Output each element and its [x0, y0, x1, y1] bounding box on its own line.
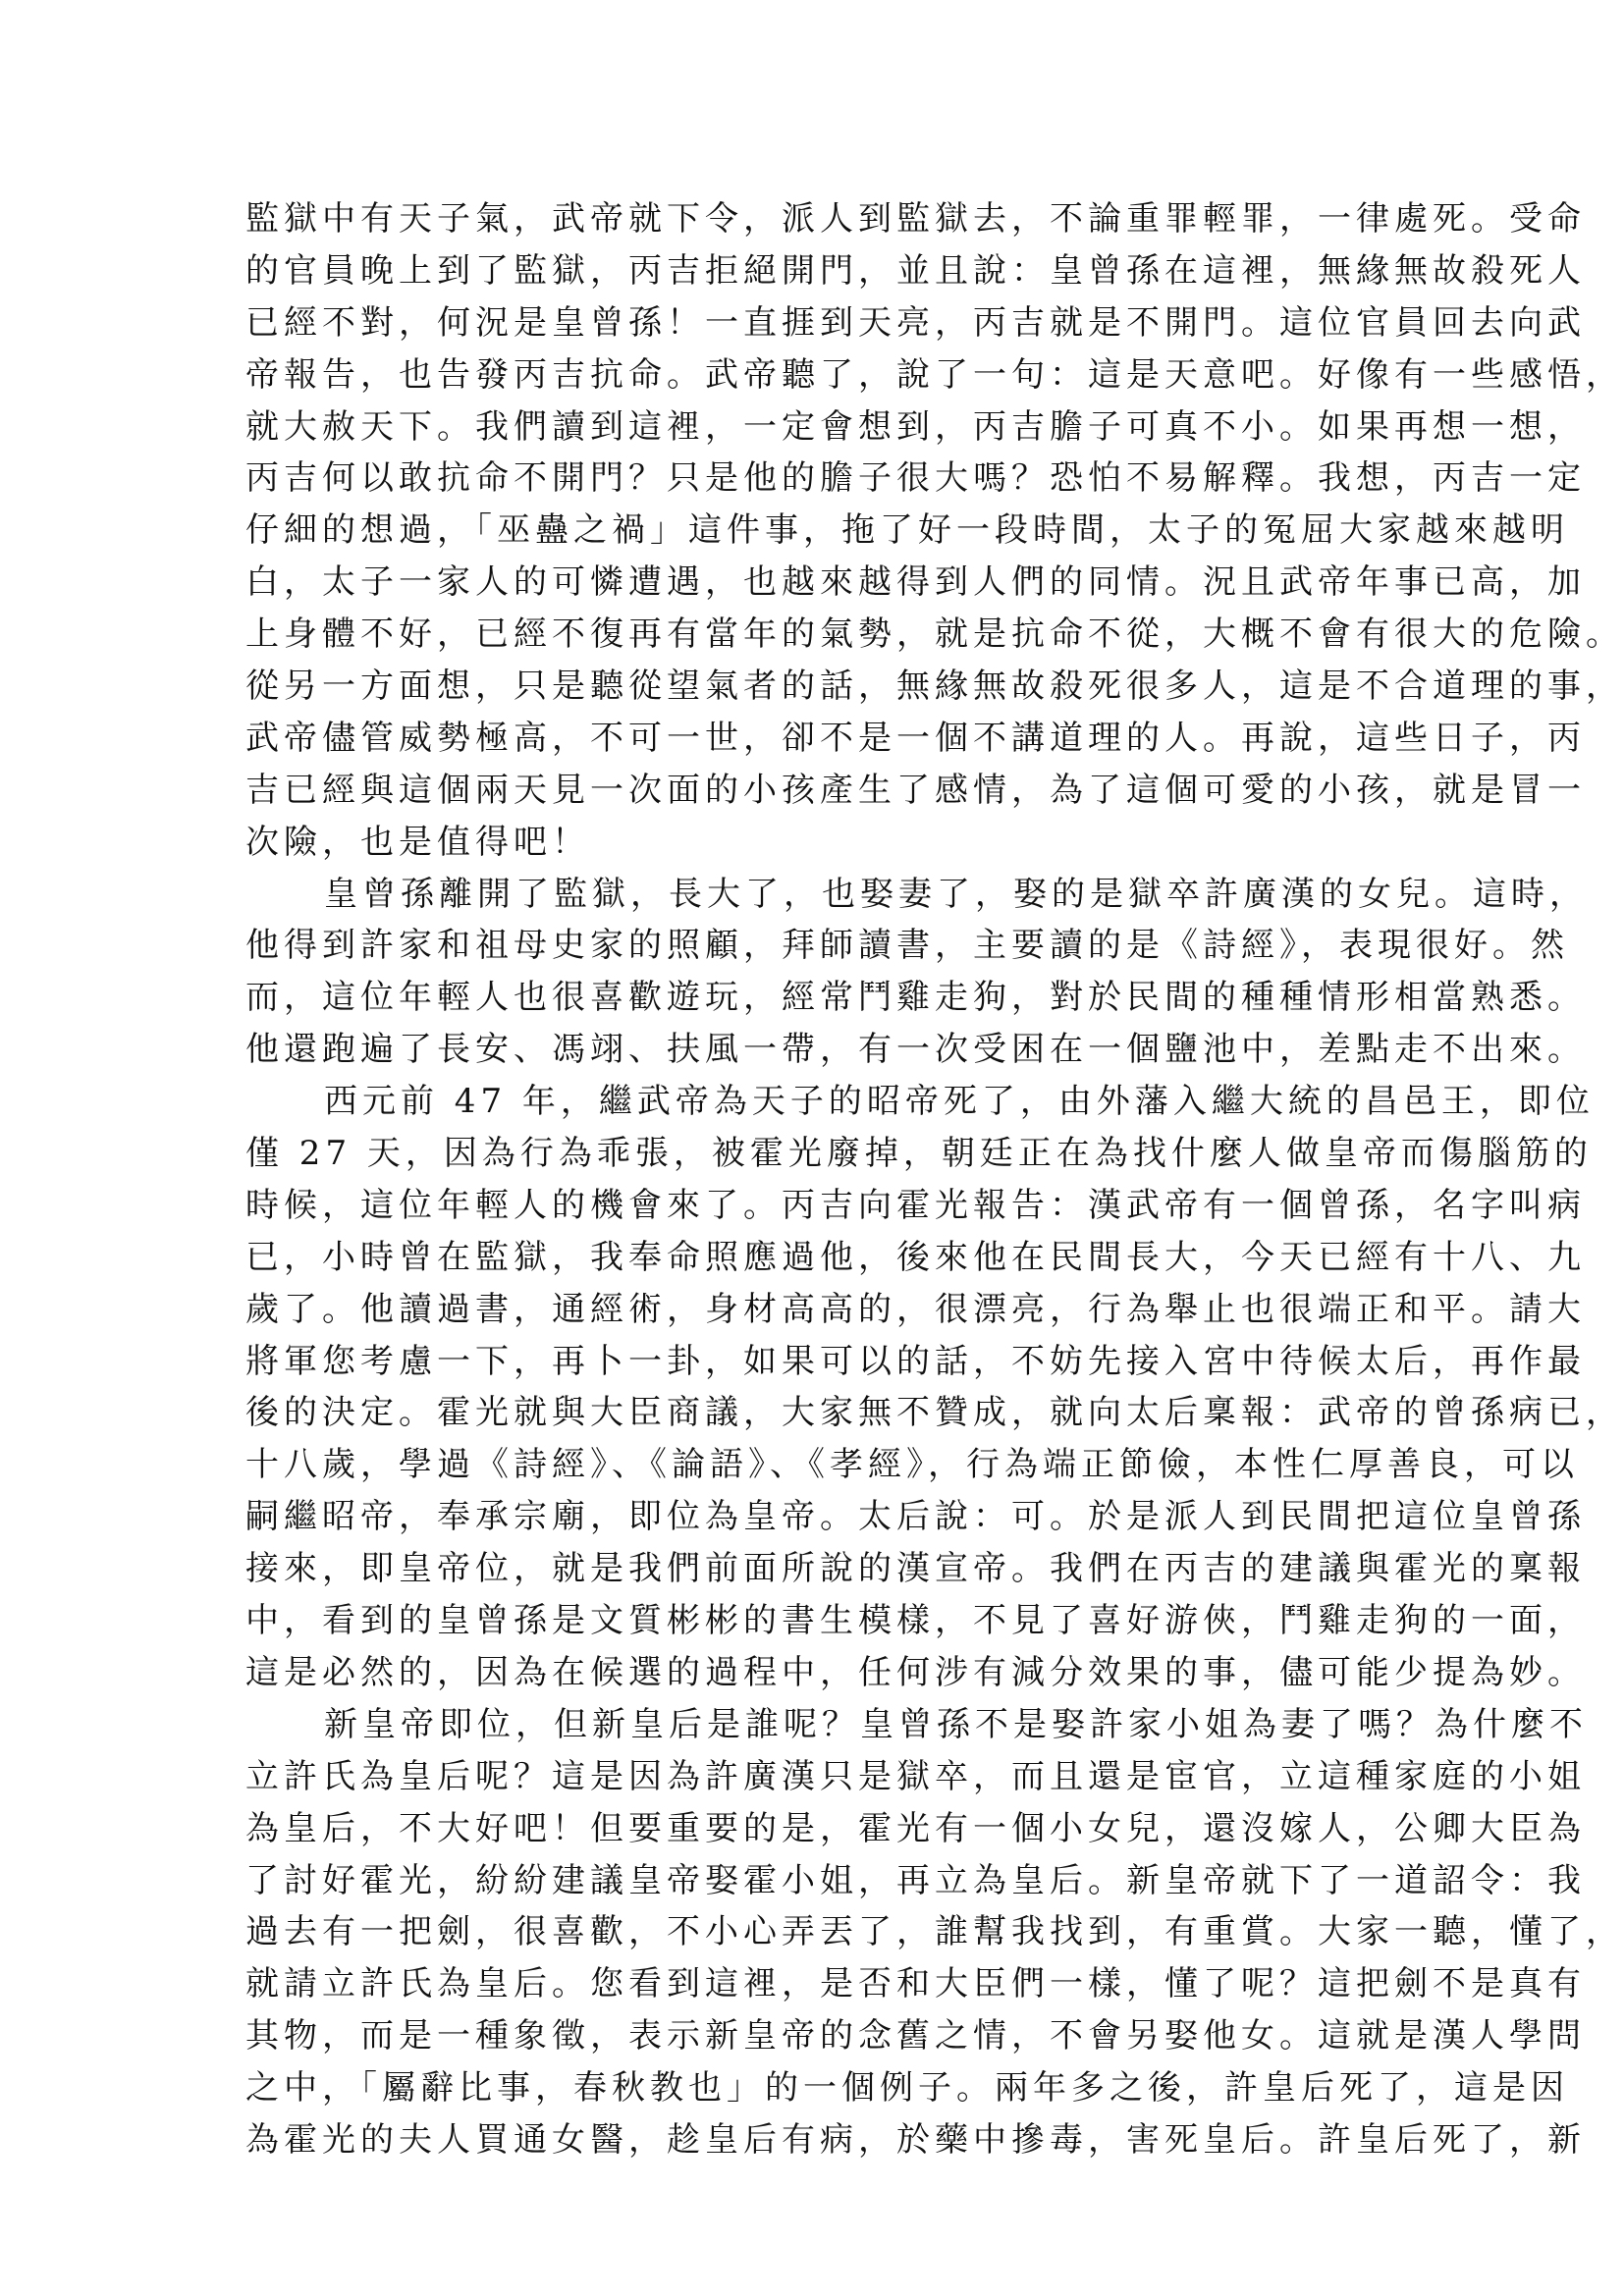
text-line: 吉已經與這個兩天見一次面的小孩產生了感情，為了這個可愛的小孩，就是冒一 [245, 765, 1384, 817]
text-line: 僅 27 天，因為行為乖張，被霍光廢掉，朝廷正在為找什麼人做皇帝而傷腦筋的 [245, 1128, 1384, 1180]
text-line: 為霍光的夫人買通女醫，趁皇后有病，於藥中摻毒，害死皇后。許皇后死了，新 [245, 2114, 1384, 2166]
text-line: 已，小時曾在監獄，我奉命照應過他，後來他在民間長大，今天已經有十八、九 [245, 1232, 1384, 1284]
body-text: 監獄中有天子氣，武帝就下令，派人到監獄去，不論重罪輕罪，一律處死。受命 的官員晚… [245, 193, 1384, 2166]
text-line: 次險，也是值得吧！ [245, 817, 1384, 869]
text-line: 嗣繼昭帝，奉承宗廟，即位為皇帝。太后說：可。於是派人到民間把這位皇曾孫 [245, 1491, 1384, 1543]
text-line: 帝報告，也告發丙吉抗命。武帝聽了，說了一句：這是天意吧。好像有一些感悟， [245, 349, 1384, 401]
text-line: 的官員晚上到了監獄，丙吉拒絕開門，並且說：皇曾孫在這裡，無緣無故殺死人 [245, 245, 1384, 297]
text-line: 過去有一把劍，很喜歡，不小心弄丟了，誰幫我找到，有重賞。大家一聽，懂了， [245, 1906, 1384, 1958]
text-line: 他得到許家和祖母史家的照顧，拜師讀書，主要讀的是《詩經》，表現很好。然 [245, 920, 1384, 972]
text-line: 丙吉何以敢抗命不開門？只是他的膽子很大嗎？恐怕不易解釋。我想，丙吉一定 [245, 453, 1384, 505]
text-line: 武帝儘管威勢極高，不可一世，卻不是一個不講道理的人。再說，這些日子，丙 [245, 713, 1384, 765]
paragraph-first-line: 西元前 47 年，繼武帝為天子的昭帝死了，由外藩入繼大統的昌邑王，即位 [245, 1076, 1384, 1128]
text-line: 十八歲，學過《詩經》、《論語》、《孝經》，行為端正節儉，本性仁厚善良，可以 [245, 1439, 1384, 1491]
text-line: 後的決定。霍光就與大臣商議，大家無不贊成，就向太后稟報：武帝的曾孫病已， [245, 1387, 1384, 1439]
text-line: 仔細的想過，「巫蠱之禍」這件事，拖了好一段時間，太子的冤屈大家越來越明 [245, 505, 1384, 557]
text-line: 已經不對，何況是皇曾孫！一直捱到天亮，丙吉就是不開門。這位官員回去向武 [245, 297, 1384, 349]
text-line: 就請立許氏為皇后。您看到這裡，是否和大臣們一樣，懂了呢？這把劍不是真有 [245, 1958, 1384, 2010]
text-line: 上身體不好，已經不復再有當年的氣勢，就是抗命不從，大概不會有很大的危險。 [245, 609, 1384, 661]
text-line: 將軍您考慮一下，再卜一卦，如果可以的話，不妨先接入宮中待候太后，再作最 [245, 1336, 1384, 1388]
text-line: 中，看到的皇曾孫是文質彬彬的書生模樣，不見了喜好游俠，鬥雞走狗的一面， [245, 1595, 1384, 1647]
text-line: 立許氏為皇后呢？這是因為許廣漢只是獄卒，而且還是宦官，立這種家庭的小姐 [245, 1751, 1384, 1803]
paragraph-first-line: 新皇帝即位，但新皇后是誰呢？皇曾孫不是娶許家小姐為妻了嗎？為什麼不 [245, 1699, 1384, 1751]
text-line: 他還跑遍了長安、馮翊、扶風一帶，有一次受困在一個鹽池中，差點走不出來。 [245, 1024, 1384, 1076]
text-line: 了討好霍光，紛紛建議皇帝娶霍小姐，再立為皇后。新皇帝就下了一道詔令：我 [245, 1855, 1384, 1907]
text-line: 監獄中有天子氣，武帝就下令，派人到監獄去，不論重罪輕罪，一律處死。受命 [245, 193, 1384, 245]
document-page: 監獄中有天子氣，武帝就下令，派人到監獄去，不論重罪輕罪，一律處死。受命 的官員晚… [0, 0, 1624, 2296]
text-line: 接來，即皇帝位，就是我們前面所說的漢宣帝。我們在丙吉的建議與霍光的稟報 [245, 1543, 1384, 1595]
text-line: 從另一方面想，只是聽從望氣者的話，無緣無故殺死很多人，這是不合道理的事， [245, 661, 1384, 713]
text-line: 這是必然的，因為在候選的過程中，任何涉有減分效果的事，儘可能少提為妙。 [245, 1647, 1384, 1699]
text-line: 為皇后，不大好吧！但要重要的是，霍光有一個小女兒，還沒嫁人，公卿大臣為 [245, 1803, 1384, 1855]
text-line: 其物，而是一種象徵，表示新皇帝的念舊之情，不會另娶他女。這就是漢人學問 [245, 2010, 1384, 2062]
text-line: 而，這位年輕人也很喜歡遊玩，經常鬥雞走狗，對於民間的種種情形相當熟悉。 [245, 972, 1384, 1024]
text-line: 之中，「屬辭比事，春秋教也」的一個例子。兩年多之後，許皇后死了，這是因 [245, 2062, 1384, 2114]
text-line: 時候，這位年輕人的機會來了。丙吉向霍光報告：漢武帝有一個曾孫，名字叫病 [245, 1180, 1384, 1232]
paragraph-first-line: 皇曾孫離開了監獄，長大了，也娶妻了，娶的是獄卒許廣漢的女兒。這時， [245, 869, 1384, 921]
text-line: 白，太子一家人的可憐遭遇，也越來越得到人們的同情。況且武帝年事已高，加 [245, 557, 1384, 609]
text-line: 歲了。他讀過書，通經術，身材高高的，很漂亮，行為舉止也很端正和平。請大 [245, 1284, 1384, 1336]
text-line: 就大赦天下。我們讀到這裡，一定會想到，丙吉膽子可真不小。如果再想一想， [245, 401, 1384, 454]
